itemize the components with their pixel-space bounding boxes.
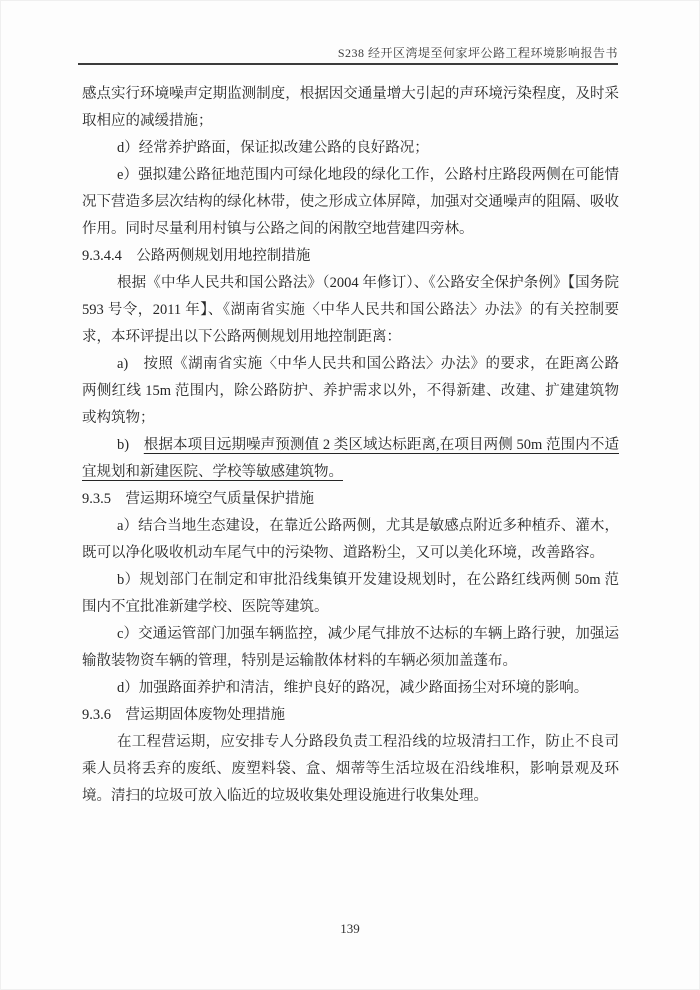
document-page: S238 经开区湾堤至何家坪公路工程环境影响报告书 感点实行环境噪声定期监测制度… [0,0,700,990]
header-rule [78,63,618,65]
section-9-3-6-paragraph: 在工程营运期，应安排专人分路段负责工程沿线的垃圾清扫工作，防止不良司乘人员将丢弃… [82,729,619,810]
section-9-3-5-item-c: c）交通运管部门加强车辆监控，减少尾气排放不达标的车辆上路行驶，加强运输散装物资… [82,621,619,675]
item-b-label: b) [117,437,144,453]
section-heading-9-3-6: 9.3.6 营运期固体废物处理措施 [82,702,619,729]
noise-item-e: e）强拟建公路征地范围内可绿化地段的绿化工作，公路村庄路段两侧在可能情况下营造多… [82,162,619,243]
underlined-requirement-text: 根据本项目远期噪声预测值 2 类区域达标距离,在项目两侧 50m 范围内不适宜规… [82,437,619,480]
section-heading-9-3-4-4: 9.3.4.4 公路两侧规划用地控制措施 [82,243,619,270]
section-heading-9-3-5: 9.3.5 营运期环境空气质量保护措施 [82,486,619,513]
section-9-3-4-4-item-b: b) 根据本项目远期噪声预测值 2 类区域达标距离,在项目两侧 50m 范围内不… [82,432,619,486]
section-9-3-4-4-intro: 根据《中华人民共和国公路法》（2004 年修订）、《公路安全保护条例》【国务院 … [82,270,619,351]
continuation-paragraph: 感点实行环境噪声定期监测制度，根据因交通量增大引起的声环境污染程度，及时采取相应… [82,81,619,135]
section-9-3-4-4-item-a: a) 按照《湖南省实施〈中华人民共和国公路法〉办法》的要求，在距离公路两侧红线 … [82,351,619,432]
noise-item-d: d）经常养护路面，保证拟改建公路的良好路况； [82,135,619,162]
running-header: S238 经开区湾堤至何家坪公路工程环境影响报告书 [80,44,618,61]
page-number: 139 [0,921,700,937]
page-body: 感点实行环境噪声定期监测制度，根据因交通量增大引起的声环境污染程度，及时采取相应… [82,81,619,810]
section-9-3-5-item-d: d）加强路面养护和清洁，维护良好的路况，减少路面扬尘对环境的影响。 [82,675,619,702]
section-9-3-5-item-a: a）结合当地生态建设，在靠近公路两侧，尤其是敏感点附近多种植乔、灌木，既可以净化… [82,513,619,567]
section-9-3-5-item-b: b）规划部门在制定和审批沿线集镇开发建设规划时，在公路红线两侧 50m 范围内不… [82,567,619,621]
